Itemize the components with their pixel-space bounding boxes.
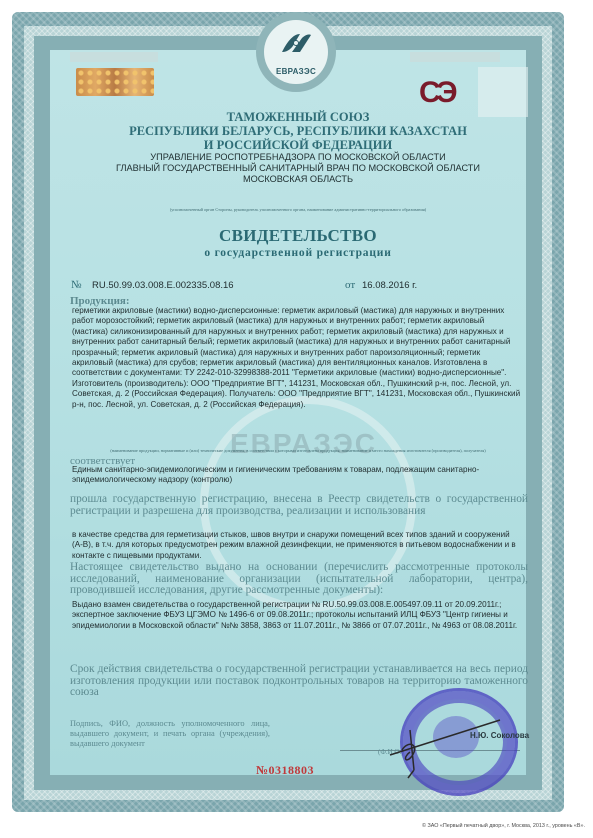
registration-statement: прошла государственную регистрацию, внес… — [70, 494, 528, 517]
basis-documents: Выдано взамен свидетельства о государств… — [72, 600, 522, 631]
handwritten-signature-icon — [380, 700, 530, 790]
eurasec-emblem: ЕВРАЗЭС — [256, 12, 336, 92]
header-line-3: И РОССИЙСКОЙ ФЕДЕРАЦИИ — [60, 138, 536, 153]
product-caption: (наименование продукции, нормативные и (… — [60, 448, 536, 453]
authority-line-2: ГЛАВНЫЙ ГОСУДАРСТВЕННЫЙ САНИТАРНЫЙ ВРАЧ … — [60, 163, 536, 173]
certificate-date: 16.08.2016 г. — [362, 280, 417, 291]
security-strip-right — [410, 52, 500, 62]
basis-statement: Настоящее свидетельство выдано на основа… — [70, 562, 528, 597]
header-line-1: ТАМОЖЕННЫЙ СОЮЗ — [60, 110, 536, 125]
product-description: герметики акриловые (мастики) водно-дисп… — [72, 306, 522, 410]
eurasec-emblem-icon — [280, 32, 312, 54]
authority-line-1: УПРАВЛЕНИЕ РОСПОТРЕБНАДЗОРА ПО МОСКОВСКО… — [60, 152, 536, 162]
authority-line-3: МОСКОВСКАЯ ОБЛАСТЬ — [60, 174, 536, 184]
conformity-requirements: Единым санитарно-эпидемиологическим и ги… — [72, 465, 522, 486]
certificate-subtitle: о государственной регистрации — [60, 247, 536, 259]
number-label: № — [71, 279, 82, 291]
registration-usage: в качестве средства для герметизации сты… — [72, 530, 522, 561]
date-label: от — [345, 279, 355, 291]
header-line-2: РЕСПУБЛИКИ БЕЛАРУСЬ, РЕСПУБЛИКИ КАЗАХСТА… — [60, 124, 536, 139]
conformity-mark: СЭ — [419, 76, 454, 110]
watermark-text: ЕВРАЗЭС — [230, 428, 377, 460]
hologram-sticker — [76, 68, 154, 96]
authority-caption: (уполномоченный орган Стороны, руководит… — [60, 207, 536, 212]
emblem-label: ЕВРАЗЭС — [264, 67, 328, 76]
signature-caption: Подпись, ФИО, должность уполномоченного … — [70, 719, 270, 749]
serial-number: №0318803 — [256, 763, 314, 778]
security-strip-left — [70, 52, 158, 62]
printer-footer: © ЗАО «Первый печатный двор», г. Москва,… — [422, 823, 585, 829]
certificate-number: RU.50.99.03.008.Е.002335.08.16 — [92, 280, 234, 291]
certificate-title: СВИДЕТЕЛЬСТВО — [60, 226, 536, 246]
